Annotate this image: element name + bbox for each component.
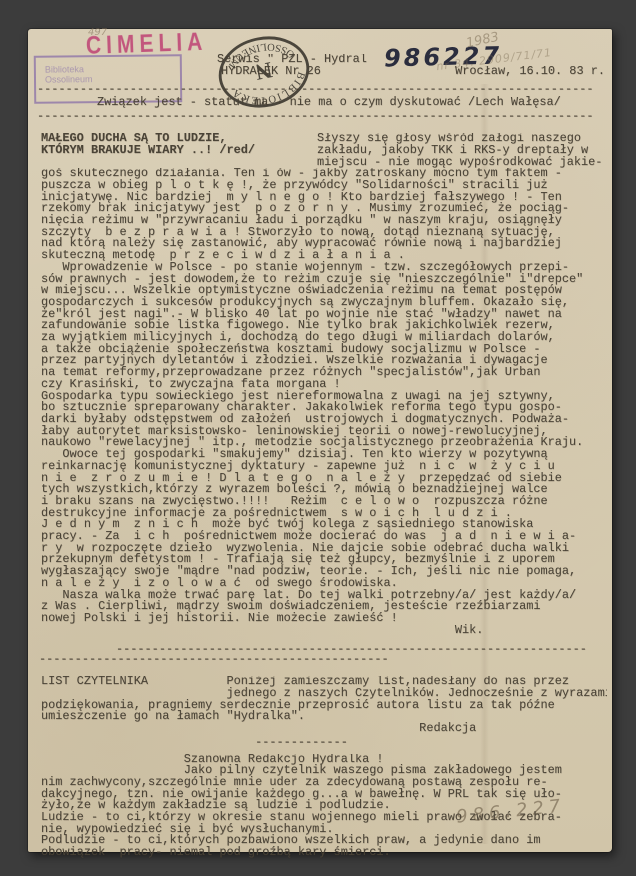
photo-backdrop: { "colors": { "backdrop": "#3c3c3c", "pa…: [0, 0, 636, 876]
dashed-divider: ----------------------------------------…: [37, 84, 607, 95]
masthead-serwis-line: Serwis " PZL - Hydral: [217, 54, 607, 66]
motto-line: Związek jest - statut ma - nie ma o czym…: [97, 97, 607, 109]
reader-letter-body: Szanowna Redakcjo Hydralka ! Jako pilny …: [41, 754, 607, 859]
typewritten-content: Serwis " PZL - Hydral HYDRAŁEK Nr 26 Wro…: [28, 54, 612, 859]
small-dashed-divider: -------------: [41, 737, 607, 749]
dashed-divider: ----------------------------------------…: [37, 111, 607, 122]
article-intro-text: Słyszy się głosy wśród załogi naszego za…: [317, 133, 602, 168]
article-body: goś skutecznego działania. Ten i ów - ja…: [41, 168, 607, 636]
article-intro-row: MAŁEGO DUCHA SĄ TO LUDZIE, KTÓRYM BRAKUJ…: [41, 133, 607, 168]
article-title: MAŁEGO DUCHA SĄ TO LUDZIE, KTÓRYM BRAKUJ…: [41, 133, 317, 168]
masthead-issue-row: HYDRAŁEK Nr 26 Wrocław, 16.10. 83 r.: [221, 66, 607, 78]
issue-title: HYDRAŁEK Nr 26: [221, 66, 321, 78]
letter-section-header: LIST CZYTELNIKA Poniżej zamieszczamy lis…: [41, 676, 607, 735]
scanned-bulletin-page: 497 Biblioteka Ossolineum CIMELIA BIBLIO…: [28, 29, 612, 852]
place-and-date: Wrocław, 16.10. 83 r.: [455, 66, 605, 78]
dashed-divider: ----------------------------------------…: [39, 654, 387, 665]
